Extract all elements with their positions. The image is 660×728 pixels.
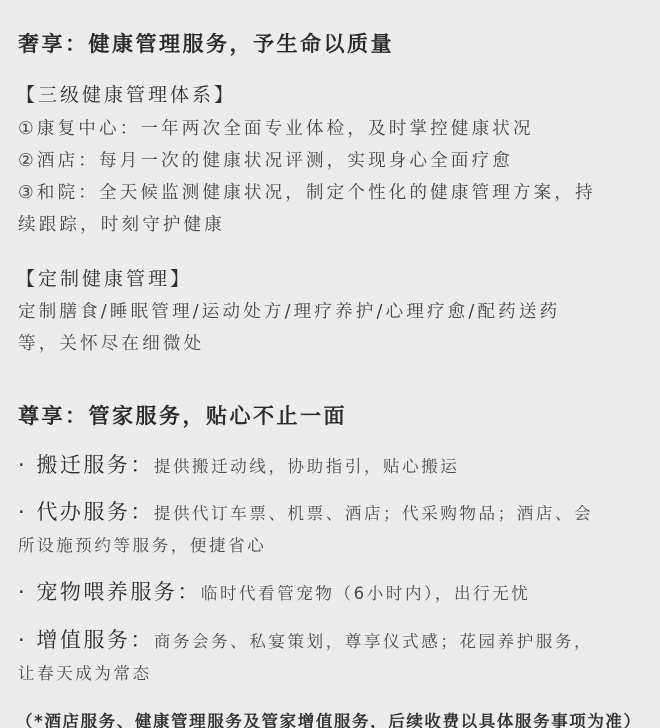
list-item-continuation: 续跟踪，时刻守护健康 — [18, 211, 225, 236]
custom-health-line: 定制膳食/睡眠管理/运动处方/理疗养护/心理疗愈/配药送药 — [18, 298, 560, 323]
list-item: ③和院：全天候监测健康状况，制定个性化的健康管理方案，持 — [18, 179, 596, 204]
service-item-pet-care: · 宠物喂养服务：临时代看管宠物（6小时内），出行无忧 — [18, 576, 530, 606]
service-item-value-added: · 增值服务：商务会务、私宴策划，尊享仪式感；花园养护服务， — [18, 624, 593, 654]
section-title-butler: 尊享：管家服务，贴心不止一面 — [18, 400, 347, 430]
subheading-custom-health: 【定制健康管理】 — [16, 264, 192, 291]
service-name: · 增值服务： — [18, 628, 154, 652]
service-name: · 搬迁服务： — [18, 453, 154, 477]
service-name: · 代办服务： — [18, 500, 154, 524]
service-item-errands: · 代办服务：提供代订车票、机票、酒店；代采购物品；酒店、会 — [18, 496, 593, 526]
service-name: · 宠物喂养服务： — [18, 580, 201, 604]
service-desc: 临时代看管宠物（6小时内），出行无忧 — [201, 584, 531, 603]
footnote: （*酒店服务、健康管理服务及管家增值服务，后续收费以具体服务事项为准） — [16, 708, 642, 728]
service-desc: 提供搬迁动线，协助指引，贴心搬运 — [154, 457, 460, 476]
subheading-three-level-system: 【三级健康管理体系】 — [16, 80, 236, 107]
section-title-health: 奢享：健康管理服务，予生命以质量 — [18, 28, 394, 58]
list-item: ②酒店：每月一次的健康状况评测，实现身心全面疗愈 — [18, 147, 513, 172]
service-desc-continuation: 所设施预约等服务，便捷省心 — [18, 532, 266, 556]
service-desc: 提供代订车票、机票、酒店；代采购物品；酒店、会 — [154, 504, 593, 523]
service-item-moving: · 搬迁服务：提供搬迁动线，协助指引，贴心搬运 — [18, 449, 459, 479]
service-desc-continuation: 让春天成为常态 — [18, 660, 152, 684]
list-item: ①康复中心：一年两次全面专业体检，及时掌控健康状况 — [18, 115, 534, 140]
service-desc: 商务会务、私宴策划，尊享仪式感；花园养护服务， — [154, 632, 593, 651]
custom-health-line: 等，关怀尽在细微处 — [18, 330, 204, 355]
